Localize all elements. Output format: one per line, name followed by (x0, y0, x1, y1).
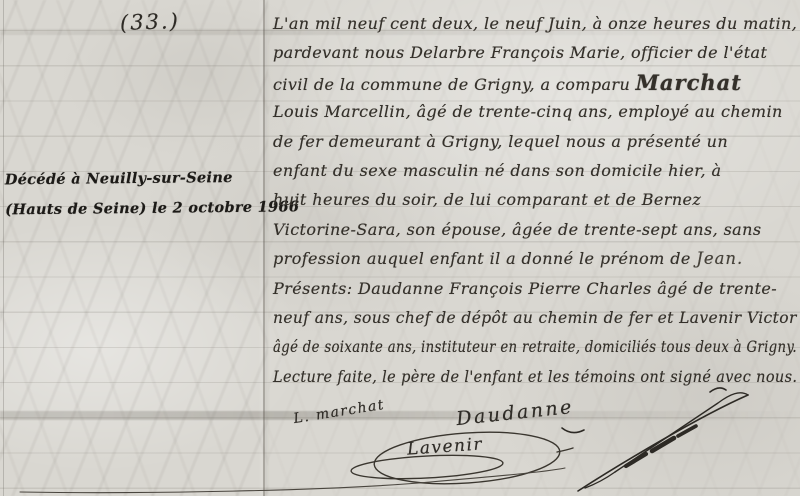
registry-line-5: de fer demeurant à Grigny, lequel nous a… (273, 127, 797, 156)
registry-line-1: L'an mil neuf cent deux, le neuf Juin, à… (273, 9, 797, 38)
registry-line-3: civil de la commune de Grigny, a comparu… (273, 68, 797, 97)
signature-witness-daudanne: Daudanne (455, 396, 575, 430)
margin-death-annotation-line2: (Hauts de Seine) le 2 octobre 1966 (5, 193, 267, 226)
registry-line-8: Victorine-Sara, son épouse, âgée de tren… (273, 215, 797, 244)
signature-tail-line (0, 460, 800, 496)
act-number: (33.) (120, 9, 181, 35)
registry-line-11: neuf ans, sous chef de dépôt au chemin d… (273, 303, 781, 332)
act-body-text: L'an mil neuf cent deux, le neuf Juin, à… (273, 9, 797, 391)
registry-line-10: Présents: Daudanne François Pierre Charl… (273, 274, 797, 303)
signature-witness-lavenir: Lavenir (406, 434, 483, 459)
registry-line-2: pardevant nous Delarbre François Marie, … (273, 38, 797, 67)
registry-line-13: Lecture faite, le père de l'enfant et le… (273, 362, 747, 391)
given-name-jean: Jean. (696, 249, 743, 268)
signature-father-marchat: L. marchat (292, 397, 386, 427)
officer-signature-flourish (560, 386, 795, 496)
registry-line-7: huit heures du soir, de lui comparant et… (273, 185, 797, 214)
registry-line-9-text: profession auquel enfant il a donné le p… (273, 249, 696, 268)
registry-line-9: profession auquel enfant il a donné le p… (273, 244, 797, 273)
page-fold-line (263, 0, 265, 496)
registry-line-4: Louis Marcellin, âgé de trente-cinq ans,… (273, 97, 797, 126)
scan-artifact-band (0, 411, 800, 420)
registry-line-6: enfant du sexe masculin né dans son domi… (273, 156, 797, 185)
registry-line-12: âgé de soixante ans, instituteur en retr… (273, 332, 707, 361)
bleed-through-texture-left (0, 0, 268, 496)
page-left-edge (3, 0, 4, 496)
margin-death-annotation: Décédé à Neuilly-sur-Seine (Hauts de Sei… (5, 163, 268, 226)
registry-document-page: (33.) Décédé à Neuilly-sur-Seine (Hauts … (0, 0, 800, 496)
margin-death-annotation-line1: Décédé à Neuilly-sur-Seine (5, 163, 267, 196)
surname-marchat: Marchat (636, 70, 742, 95)
registry-line-3-text: civil de la commune de Grigny, a comparu (273, 75, 636, 94)
